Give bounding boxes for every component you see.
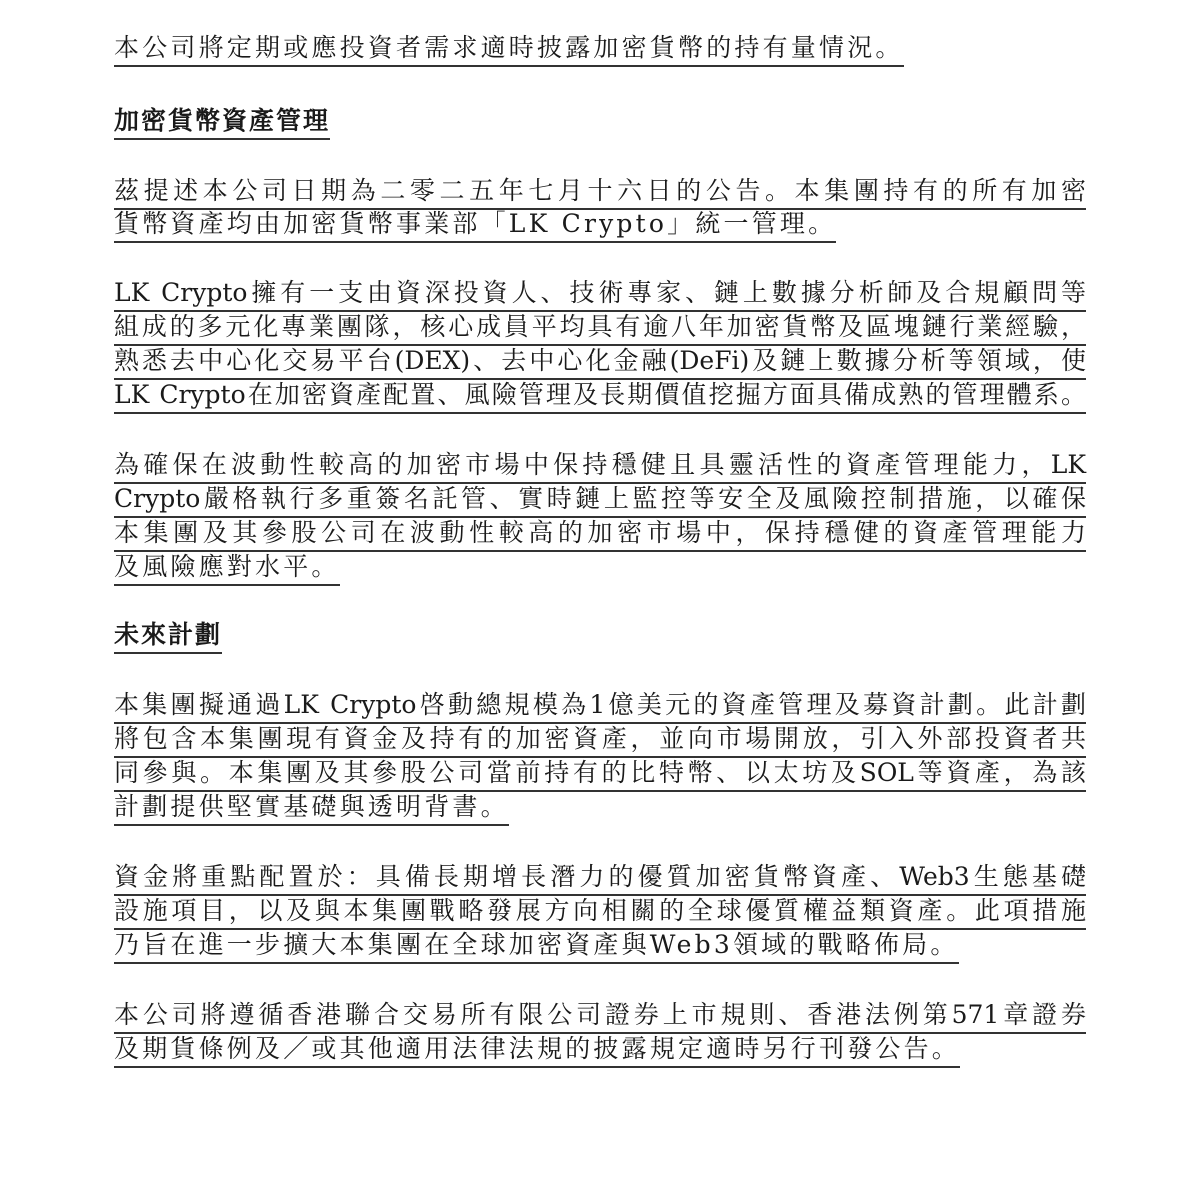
paragraph-line: 貨幣資產均由加密貨幣事業部「LK Crypto」統一管理。	[114, 207, 836, 243]
paragraph-line: 設施項目，以及與本集團戰略發展方向相關的全球優質權益類資產。此項措施	[114, 894, 1086, 930]
paragraph-line: 熟悉去中心化交易平台(DEX)、去中心化金融(DeFi)及鏈上數據分析等領域，使	[114, 344, 1086, 380]
paragraph-line: 資金將重點配置於：具備長期增長潛力的優質加密貨幣資產、Web3生態基礎	[114, 860, 1086, 896]
paragraph-line: 組成的多元化專業團隊，核心成員平均具有逾八年加密貨幣及區塊鏈行業經驗，	[114, 310, 1086, 346]
paragraph-line: 本集團及其參股公司在波動性較高的加密市場中，保持穩健的資產管理能力	[114, 516, 1086, 552]
paragraph-line: LK Crypto擁有一支由資深投資人、技術專家、鏈上數據分析師及合規顧問等	[114, 276, 1086, 312]
paragraph-line: 及風險應對水平。	[114, 550, 340, 586]
paragraph-line: 本公司將遵循香港聯合交易所有限公司證券上市規則、香港法例第571章證券	[114, 998, 1086, 1034]
section-heading-crypto-asset-management: 加密貨幣資產管理	[114, 104, 330, 140]
paragraph-line: 同參與。本集團及其參股公司當前持有的比特幣、以太坊及SOL等資產，為該	[114, 756, 1086, 792]
paragraph-line: 將包含本集團現有資金及持有的加密資產，並向市場開放，引入外部投資者共	[114, 722, 1086, 758]
paragraph-line: 本集團擬通過LK Crypto啓動總規模為1億美元的資產管理及募資計劃。此計劃	[114, 688, 1086, 724]
paragraph-line: 乃旨在進一步擴大本集團在全球加密資產與Web3領域的戰略佈局。	[114, 928, 959, 964]
section-heading-future-plans: 未來計劃	[114, 618, 222, 654]
paragraph-line: 計劃提供堅實基礎與透明背書。	[114, 790, 509, 826]
intro-paragraph-line: 本公司將定期或應投資者需求適時披露加密貨幣的持有量情況。	[114, 31, 904, 67]
paragraph-line: LK Crypto在加密資產配置、風險管理及長期價值挖掘方面具備成熟的管理體系。	[114, 378, 1086, 414]
paragraph-line: 為確保在波動性較高的加密市場中保持穩健且具靈活性的資產管理能力，LK	[114, 448, 1086, 484]
paragraph-line: 及期貨條例及／或其他適用法律法規的披露規定適時另行刊發公告。	[114, 1032, 960, 1068]
paragraph-line: 茲提述本公司日期為二零二五年七月十六日的公告。本集團持有的所有加密	[114, 174, 1086, 210]
paragraph-line: Crypto嚴格執行多重簽名託管、實時鏈上監控等安全及風險控制措施，以確保	[114, 482, 1086, 518]
